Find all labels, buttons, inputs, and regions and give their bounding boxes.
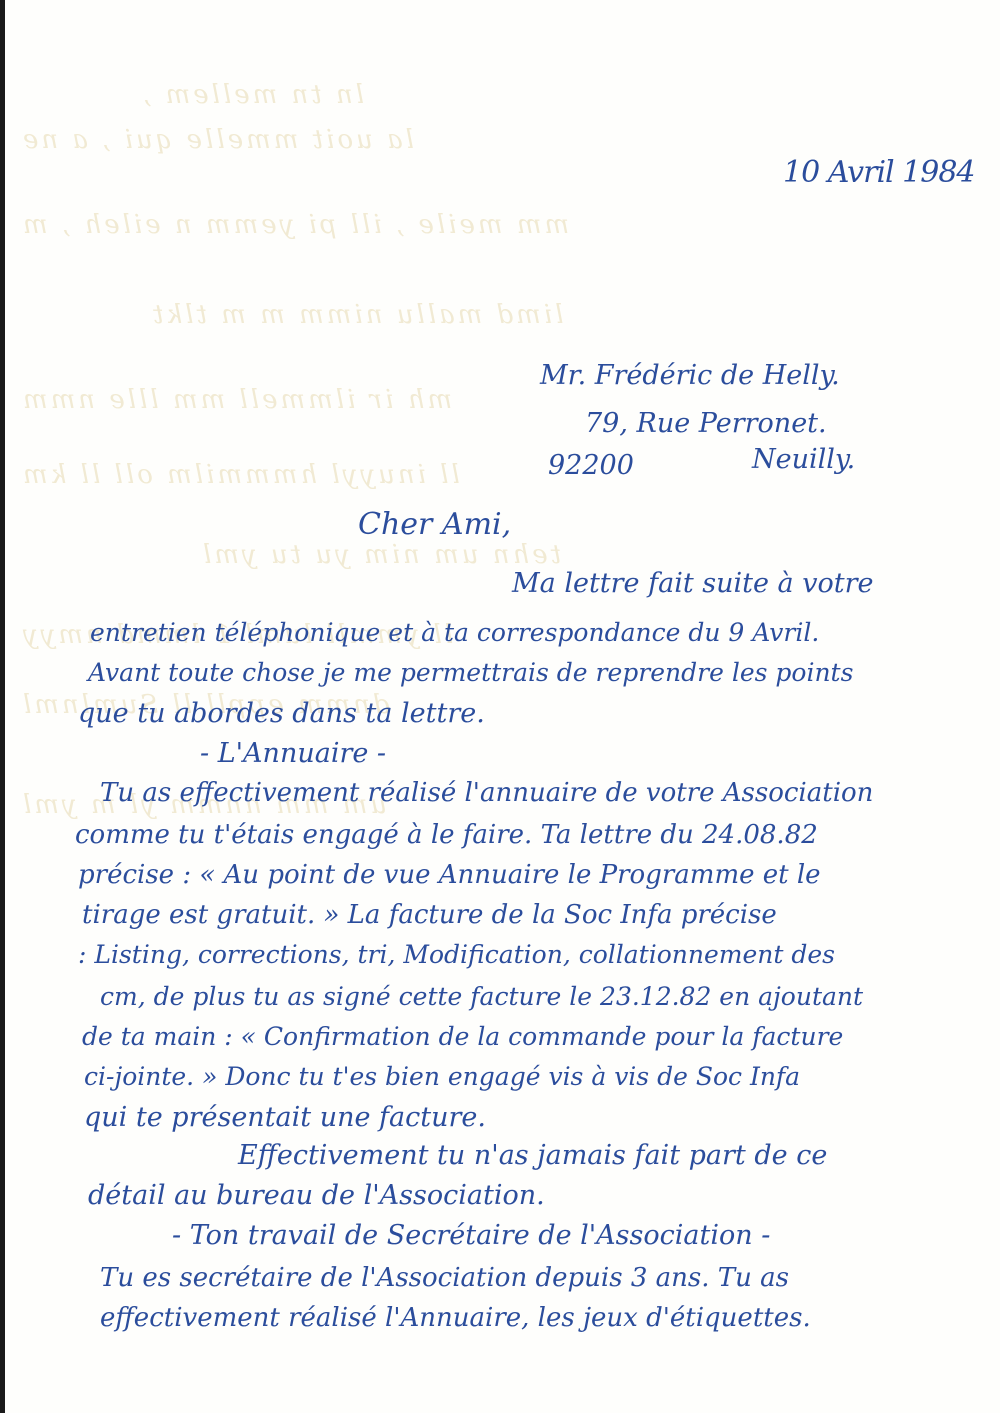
ghost-text: la uoit mmelle qui , a ne — [20, 125, 414, 155]
recipient-city: Neuilly. — [752, 446, 855, 473]
body-line: ci-jointe. » Donc tu t'es bien engagé vi… — [84, 1064, 800, 1089]
body-line: qui te présentait une facture. — [84, 1104, 486, 1131]
body-line: comme tu t'étais engagé à le faire. Ta l… — [75, 822, 818, 848]
body-line: de ta main : « Confirmation de la comman… — [82, 1024, 843, 1049]
body-line: précise : « Au point de vue Annuaire le … — [78, 862, 821, 888]
scan-border — [0, 0, 5, 1413]
body-line: cm, de plus tu as signé cette facture le… — [100, 984, 863, 1009]
ghost-text: ln tn mellem , — [140, 80, 364, 110]
body-line: Tu as effectivement réalisé l'annuaire d… — [100, 780, 873, 806]
section-heading-annuaire: - L'Annuaire - — [200, 740, 386, 767]
ghost-text: mh ir ilmmell mm llle nmm — [20, 385, 452, 415]
ghost-text: tehn um nim yu tu yml — [200, 540, 561, 570]
body-line: tirage est gratuit. » La facture de la S… — [82, 902, 777, 928]
body-line: Effectivement tu n'as jamais fait part d… — [238, 1142, 827, 1169]
ghost-text: mm meile , ill pi yemm n eileh , m — [20, 210, 569, 240]
body-line: détail au bureau de l'Association. — [88, 1182, 545, 1209]
recipient-postal-code: 92200 — [548, 452, 634, 479]
section-heading-secretaire: - Ton travail de Secrétaire de l'Associa… — [172, 1222, 770, 1249]
body-line: que tu abordes dans ta lettre. — [78, 700, 485, 727]
letter-date: 10 Avril 1984 — [783, 158, 975, 188]
body-line: entretien téléphonique et à ta correspon… — [90, 620, 819, 645]
salutation: Cher Ami, — [358, 510, 511, 540]
body-line: effectivement réalisé l'Annuaire, les je… — [100, 1305, 811, 1331]
ghost-text: limd mallu nimm m m tlkt — [150, 300, 563, 330]
body-line: Tu es secrétaire de l'Association depuis… — [100, 1265, 789, 1291]
body-line: : Listing, corrections, tri, Modificatio… — [78, 942, 835, 967]
ghost-text: ll inuyyl hmmmilm oll ll km — [20, 460, 460, 490]
letter-page: ln tn mellem , la uoit mmelle qui , a ne… — [0, 0, 1000, 1413]
recipient-name: Mr. Frédéric de Helly. — [540, 362, 840, 389]
body-line: Ma lettre fait suite à votre — [512, 570, 873, 597]
body-line: Avant toute chose je me permettrais de r… — [88, 660, 853, 685]
recipient-street: 79, Rue Perronet. — [585, 410, 827, 437]
